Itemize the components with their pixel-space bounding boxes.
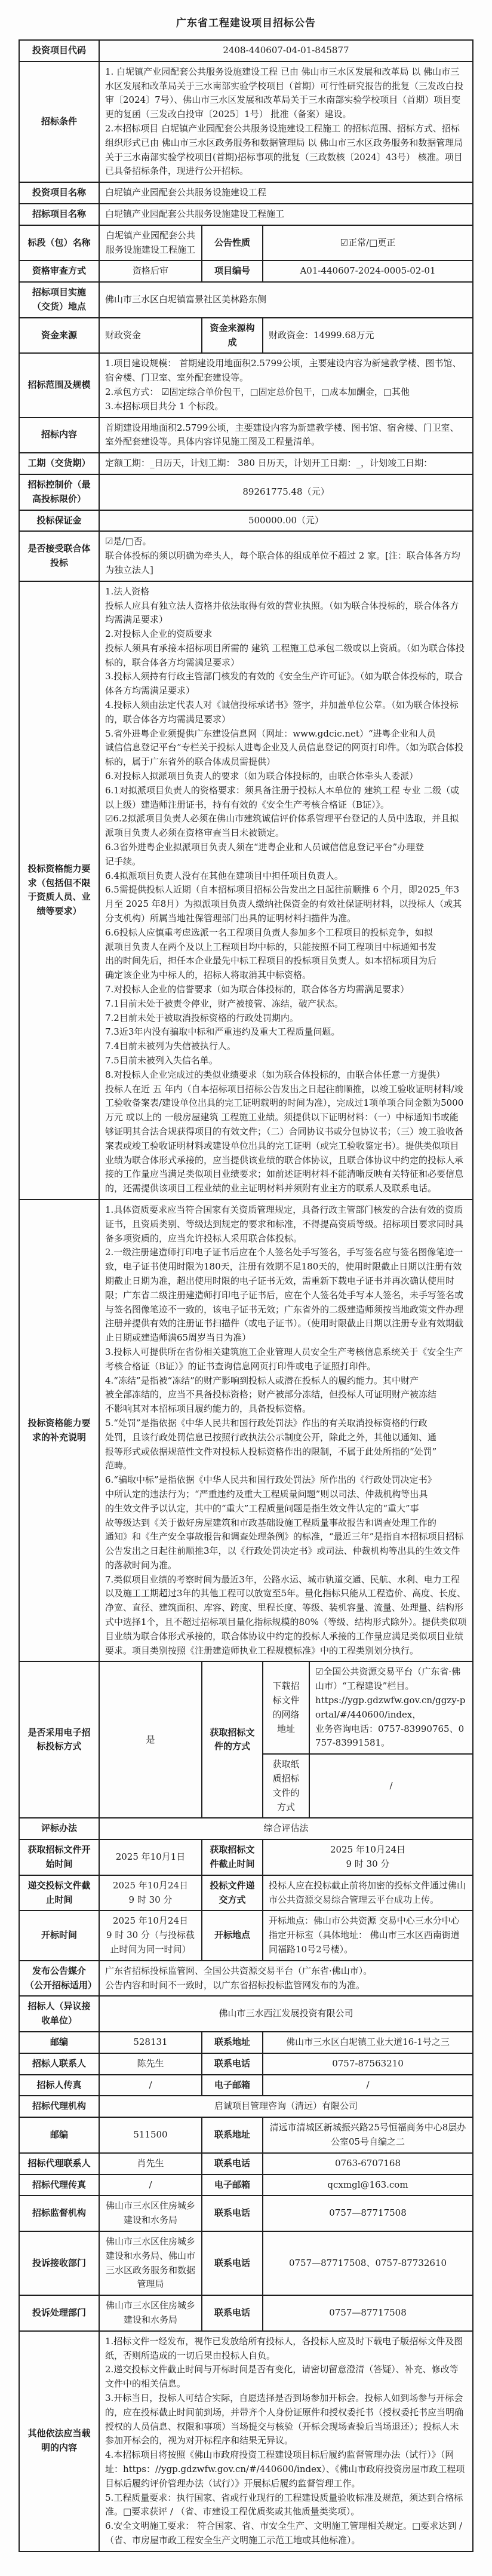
table-row: 是否采用电子招标投标方式 是 获取招标文件的方式 下载招标文件的网络地址 ☑全国… bbox=[19, 1661, 473, 1754]
table-row: 投诉处理部门 佛山市三水区住房城乡建设和水务局 联系电话 0757—877175… bbox=[19, 2295, 473, 2331]
agency-fax-value: / bbox=[99, 2175, 202, 2196]
section-name-value: 白坭镇产业园配套公共服务设施建设工程施工 bbox=[99, 225, 202, 261]
table-row: 投标资格能力要求的补充说明 1.具体资质要求应当符合国家有关资质管理规定，具备行… bbox=[19, 1200, 473, 1662]
row-label-investment-project-name: 投资项目名称 bbox=[19, 182, 99, 204]
table-row: 招标内容 首期建设用地面积2.5799公顷，主要建设内容为新建教学楼、图书馆、宿… bbox=[19, 418, 473, 453]
project-code-value: 2408-440607-04-01-845877 bbox=[99, 40, 473, 62]
table-row: 招标人联系人 陈先生 联系电话 0757-87563210 bbox=[19, 2053, 473, 2075]
table-row: 投标保证金 500000.00（元） bbox=[19, 510, 473, 532]
table-row: 招标监督机构 佛山市三水区住房城乡建设和水务局 联系电话 0757—877175… bbox=[19, 2195, 473, 2231]
table-row: 招标项目名称 白坭镇产业园配套公共服务设施建设工程施工 bbox=[19, 204, 473, 225]
location-value: 佛山市三水区白坭镇富景社区美林路东侧 bbox=[99, 282, 473, 318]
qualification-review-value: 资格后审 bbox=[99, 260, 202, 282]
agency-contact-value: 肖先生 bbox=[99, 2153, 202, 2175]
scope-value: 1.项目建设规模： 首期建设用地面积2.5799公顷，主要建设内容为新建教学楼、… bbox=[99, 353, 473, 417]
agency-address-value: 清远市清城区新城振兴路25号恒福商务中心8层办公室05号自编之二 bbox=[263, 2117, 473, 2153]
tenderer-postcode-value: 528131 bbox=[99, 2032, 202, 2053]
row-label-doc-obtain-method: 获取招标文件的方式 bbox=[202, 1661, 263, 1818]
row-label-qualification-supplement: 投标资格能力要求的补充说明 bbox=[19, 1200, 99, 1662]
row-label-supervision: 招标监督机构 bbox=[19, 2195, 99, 2231]
table-row: 投资项目代码 2408-440607-04-01-845877 bbox=[19, 40, 473, 62]
row-label-content: 招标内容 bbox=[19, 418, 99, 453]
row-label-complaint-receiving: 投诉接收部门 bbox=[19, 2231, 99, 2295]
tenderer-contact-value: 陈先生 bbox=[99, 2053, 202, 2075]
qualification-supplement-value: 1.具体资质要求应当符合国家有关资质管理规定，具备行政主管部门核发的合法有效的资… bbox=[99, 1200, 473, 1662]
complaint-receiving-phone-value: 0757—87717508、0757-87732610 bbox=[263, 2231, 473, 2295]
project-number-value: A01-440607-2024-0005-02-01 bbox=[263, 260, 473, 282]
supervision-value: 佛山市三水区住房城乡建设和水务局 bbox=[99, 2195, 202, 2231]
row-label-submission-deadline: 递交投标文件截止时间 bbox=[19, 1875, 99, 1911]
supervision-phone-value: 0757—87717508 bbox=[263, 2195, 473, 2231]
row-label-consortium: 是否接受联合体投标 bbox=[19, 531, 99, 581]
row-label-funding: 资金来源 bbox=[19, 318, 99, 354]
tenderer-address-value: 佛山市三水区白坭镇工业大道16-1号之三 bbox=[263, 2032, 473, 2053]
tender-project-name-value: 白坭镇产业园配套公共服务设施建设工程施工 bbox=[99, 204, 473, 225]
row-label-media: 发布公告媒介（公开招标适用） bbox=[19, 1961, 99, 1997]
notice-nature-value: ☑正常/□更正 bbox=[263, 225, 473, 261]
table-row: 其他依法应当载明的内容 1.招标文件一经发布，视作已发放给所有投标人，各投标人应… bbox=[19, 2331, 473, 2552]
table-row: 评标办法 综合评估法 bbox=[19, 1818, 473, 1839]
table-row: 招标代理机构 启诚项目管理咨询（清远）有限公司 bbox=[19, 2096, 473, 2117]
row-label-tenderer: 招标人（异议接收单位） bbox=[19, 1996, 99, 2032]
row-label-agency-address: 联系地址 bbox=[202, 2117, 263, 2153]
row-label-bid-bond: 投标保证金 bbox=[19, 510, 99, 532]
table-row: 发布公告媒介（公开招标适用） 广东省招标投标监管网、全国公共资源交易平台（广东省… bbox=[19, 1961, 473, 1997]
complaint-handling-value: 佛山市三水区住房城乡建设和水务局 bbox=[99, 2295, 202, 2331]
agency-email-value: qcxmgl@163.com bbox=[263, 2175, 473, 2196]
row-label-project-number: 项目编号 bbox=[202, 260, 263, 282]
evaluation-method-value: 综合评估法 bbox=[99, 1818, 473, 1839]
table-row: 工期（交货期） 定额工期：_日历天，计划工期： 380 日历天，计划开工日期：_… bbox=[19, 453, 473, 474]
row-label-tenderer-fax: 招标人传真 bbox=[19, 2075, 99, 2096]
row-label-tender-conditions: 招标条件 bbox=[19, 62, 99, 182]
tender-conditions-value: 1. 白坭镇产业园配套公共服务设施建设工程 已由 佛山市三水区发展和改革局 以 … bbox=[99, 62, 473, 182]
row-label-section-name: 标段（包）名称 bbox=[19, 225, 99, 261]
row-label-bid-opening-place: 开标地点 bbox=[202, 1910, 263, 1960]
row-label-complaint-handling: 投诉处理部门 bbox=[19, 2295, 99, 2331]
bid-bond-value: 500000.00（元） bbox=[99, 510, 473, 532]
row-label-qualification-review: 资格审查方式 bbox=[19, 260, 99, 282]
submission-method-value: 投标人应在投标截止前将加密的投标文件通过佛山市公共资源交易综合管理云平台成功上传… bbox=[263, 1875, 473, 1911]
row-label-evaluation-method: 评标办法 bbox=[19, 1818, 99, 1839]
table-row: 邮编 528131 联系地址 佛山市三水区白坭镇工业大道16-1号之三 bbox=[19, 2032, 473, 2053]
submission-deadline-value: 2025 年10月24日 9 时 30 分 bbox=[99, 1875, 202, 1911]
tenderer-fax-value: / bbox=[99, 2075, 202, 2096]
row-label-notice-nature: 公告性质 bbox=[202, 225, 263, 261]
duration-value: 定额工期：_日历天，计划工期： 380 日历天，计划开工日期：_，计划竣工日期： bbox=[99, 453, 473, 474]
row-label-project-code: 投资项目代码 bbox=[19, 40, 99, 62]
paper-doc-method-value: / bbox=[309, 1754, 473, 1818]
row-label-bid-opening-time: 开标时间 bbox=[19, 1910, 99, 1960]
table-row: 招标代理联系人 肖先生 联系电话 0763-6707168 bbox=[19, 2153, 473, 2175]
row-label-funding-composition: 资金来源构成 bbox=[202, 318, 263, 354]
row-label-doc-deadline: 获取招标文件截止时间 bbox=[202, 1839, 263, 1875]
table-row: 开标时间 2025 年10月24日 9 时 30 分（与投标截止时间为同一时间）… bbox=[19, 1910, 473, 1960]
row-label-electronic-bidding: 是否采用电子招标投标方式 bbox=[19, 1661, 99, 1818]
electronic-bidding-value: 是 bbox=[99, 1661, 202, 1818]
complaint-receiving-value: 佛山市三水区住房城乡建设和水务局、佛山市三水区政务服务和数据管理局 bbox=[99, 2231, 202, 2295]
row-label-tenderer-email: 电子邮箱 bbox=[202, 2075, 263, 2096]
table-row: 招标范围及规模 1.项目建设规模： 首期建设用地面积2.5799公顷，主要建设内… bbox=[19, 353, 473, 417]
row-label-scope: 招标范围及规模 bbox=[19, 353, 99, 417]
row-label-agency-phone: 联系电话 bbox=[202, 2153, 263, 2175]
row-label-tenderer-contact: 招标人联系人 bbox=[19, 2053, 99, 2075]
row-label-agency-postcode: 邮编 bbox=[19, 2117, 99, 2153]
content-value: 首期建设用地面积2.5799公顷，主要建设内容为新建教学楼、图书馆、宿舍楼、门卫… bbox=[99, 418, 473, 453]
table-row: 递交投标文件截止时间 2025 年10月24日 9 时 30 分 投标文件递交方… bbox=[19, 1875, 473, 1911]
row-label-agency-fax: 招标代理传真 bbox=[19, 2175, 99, 2196]
row-label-duration: 工期（交货期） bbox=[19, 453, 99, 474]
table-row: 投诉接收部门 佛山市三水区住房城乡建设和水务局、佛山市三水区政务服务和数据管理局… bbox=[19, 2231, 473, 2295]
row-label-tender-project-name: 招标项目名称 bbox=[19, 204, 99, 225]
row-label-location: 招标项目实施（交货）地点 bbox=[19, 282, 99, 318]
table-row: 资格审查方式 资格后审 项目编号 A01-440607-2024-0005-02… bbox=[19, 260, 473, 282]
table-row: 是否接受联合体投标 ☑是/□否。 联合体投标的须以明确为牵头人，每个联合体的组成… bbox=[19, 531, 473, 581]
agency-value: 启诚项目管理咨询（清远）有限公司 bbox=[99, 2096, 473, 2117]
row-label-complaint-handling-phone: 联系电话 bbox=[202, 2295, 263, 2331]
table-row: 招标项目实施（交货）地点 佛山市三水区白坭镇富景社区美林路东侧 bbox=[19, 282, 473, 318]
control-price-value: 89261775.48（元） bbox=[99, 474, 473, 510]
table-row: 招标代理传真 / 电子邮箱 qcxmgl@163.com bbox=[19, 2175, 473, 2196]
doc-start-time-value: 2025 年10月1日 bbox=[99, 1839, 202, 1875]
doc-deadline-value: 2025 年10月24日 9 时 30 分 bbox=[263, 1839, 473, 1875]
table-row: 资金来源 财政资金 资金来源构成 财政资金：14999.68万元 bbox=[19, 318, 473, 354]
row-label-qualification-requirements: 投标资格能力要求（包括但不限于资质人员、业绩等要求） bbox=[19, 581, 99, 1200]
tenderer-phone-value: 0757-87563210 bbox=[263, 2053, 473, 2075]
consortium-value: ☑是/□否。 联合体投标的须以明确为牵头人，每个联合体的组成单位不超过 2 家。… bbox=[99, 531, 473, 581]
row-label-agency: 招标代理机构 bbox=[19, 2096, 99, 2117]
row-label-paper-doc-method: 获取纸质招标文件的方式 bbox=[263, 1754, 309, 1818]
announcement-table: 投资项目代码 2408-440607-04-01-845877 招标条件 1. … bbox=[19, 39, 473, 2552]
row-label-download-address: 下载招标文件的网络地址 bbox=[263, 1661, 309, 1754]
table-row: 招标人（异议接收单位） 佛山市三水西江发展投资有限公司 bbox=[19, 1996, 473, 2032]
bid-opening-place-value: 开标地点：佛山市公共资源 交易中心三水分中心指定开标室（具体地址： 佛山市三水区… bbox=[263, 1910, 473, 1960]
row-label-tenderer-address: 联系地址 bbox=[202, 2032, 263, 2053]
table-row: 招标控制价（最高投标限价） 89261775.48（元） bbox=[19, 474, 473, 510]
qualification-requirements-value: 1.法人资格 投标人应具有独立法人资格并依法取得有效的营业执照。（如为联合体投标… bbox=[99, 581, 473, 1200]
row-label-submission-method: 投标文件递交方式 bbox=[202, 1875, 263, 1911]
complaint-handling-phone-value: 0757—87717508 bbox=[263, 2295, 473, 2331]
agency-postcode-value: 511500 bbox=[99, 2117, 202, 2153]
announcement-page: 广东省工程建设项目招标公告 投资项目代码 2408-440607-04-01-8… bbox=[0, 0, 492, 2576]
table-row: 获取招标文件开始时间 2025 年10月1日 获取招标文件截止时间 2025 年… bbox=[19, 1839, 473, 1875]
table-row: 招标条件 1. 白坭镇产业园配套公共服务设施建设工程 已由 佛山市三水区发展和改… bbox=[19, 62, 473, 182]
row-label-tenderer-postcode: 邮编 bbox=[19, 2032, 99, 2053]
investment-project-name-value: 白坭镇产业园配套公共服务设施建设工程 bbox=[99, 182, 473, 204]
funding-value: 财政资金 bbox=[99, 318, 202, 354]
tenderer-email-value: / bbox=[263, 2075, 473, 2096]
row-label-complaint-receiving-phone: 联系电话 bbox=[202, 2231, 263, 2295]
table-row: 标段（包）名称 白坭镇产业园配套公共服务设施建设工程施工 公告性质 ☑正常/□更… bbox=[19, 225, 473, 261]
row-label-other-content: 其他依法应当载明的内容 bbox=[19, 2331, 99, 2552]
row-label-tenderer-phone: 联系电话 bbox=[202, 2053, 263, 2075]
bid-opening-time-value: 2025 年10月24日 9 时 30 分（与投标截止时间为同一时间） bbox=[99, 1910, 202, 1960]
table-row: 投资项目名称 白坭镇产业园配套公共服务设施建设工程 bbox=[19, 182, 473, 204]
row-label-supervision-phone: 联系电话 bbox=[202, 2195, 263, 2231]
table-row: 投标资格能力要求（包括但不限于资质人员、业绩等要求） 1.法人资格 投标人应具有… bbox=[19, 581, 473, 1200]
agency-phone-value: 0763-6707168 bbox=[263, 2153, 473, 2175]
tenderer-value: 佛山市三水西江发展投资有限公司 bbox=[99, 1996, 473, 2032]
page-title: 广东省工程建设项目招标公告 bbox=[0, 0, 492, 39]
other-content-value: 1.招标文件一经发布，视作已发放给所有投标人，各投标人应及时下载电子版招标文件及… bbox=[99, 2331, 473, 2552]
funding-composition-value: 财政资金：14999.68万元 bbox=[263, 318, 473, 354]
row-label-agency-contact: 招标代理联系人 bbox=[19, 2153, 99, 2175]
row-label-doc-start-time: 获取招标文件开始时间 bbox=[19, 1839, 99, 1875]
row-label-control-price: 招标控制价（最高投标限价） bbox=[19, 474, 99, 510]
table-row: 招标人传真 / 电子邮箱 / bbox=[19, 2075, 473, 2096]
table-row: 邮编 511500 联系地址 清远市清城区新城振兴路25号恒福商务中心8层办公室… bbox=[19, 2117, 473, 2153]
row-label-agency-email: 电子邮箱 bbox=[202, 2175, 263, 2196]
download-address-value: ☑全国公共资源交易平台（广东省·佛山市）“工程建设”栏目。 https://yg… bbox=[309, 1661, 473, 1754]
media-value: 广东省招标投标监管网、全国公共资源交易平台（广东省·佛山市）。 公告内容和时间不… bbox=[99, 1961, 473, 1997]
